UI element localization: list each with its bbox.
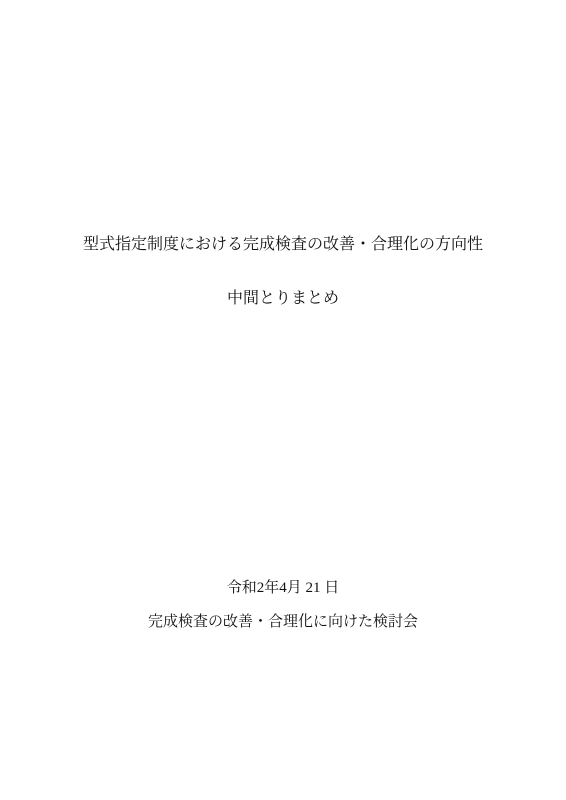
document-author: 完成検査の改善・合理化に向けた検討会: [0, 611, 566, 633]
document-cover-page: 型式指定制度における完成検査の改善・合理化の方向性 中間とりまとめ 令和2年4月…: [0, 0, 566, 800]
document-subtitle: 中間とりまとめ: [0, 288, 566, 310]
document-date: 令和2年4月 21 日: [0, 578, 566, 599]
document-title: 型式指定制度における完成検査の改善・合理化の方向性: [0, 233, 566, 257]
